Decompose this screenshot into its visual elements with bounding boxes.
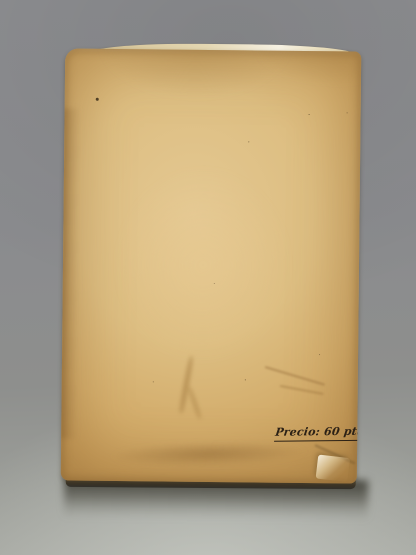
- corner-crease: [316, 455, 351, 483]
- price-label: Precio: 60 ptas.: [275, 426, 362, 438]
- stain-drip: [187, 386, 202, 419]
- stain-scratch: [280, 385, 324, 395]
- price-label-text: Precio: 60 ptas.: [274, 425, 361, 442]
- stain-top-right: [251, 48, 361, 85]
- stain-top-edge: [100, 48, 291, 97]
- photo-background: Precio: 60 ptas.: [0, 0, 416, 555]
- stain-scratch: [265, 366, 325, 386]
- stain-drip: [178, 356, 194, 414]
- book-back-cover: Precio: 60 ptas.: [61, 48, 362, 483]
- book: Precio: 60 ptas.: [61, 48, 362, 483]
- stain-left-edge: [61, 108, 85, 438]
- stain-center-highlight: [117, 169, 289, 361]
- stain-smudge: [109, 440, 310, 469]
- foxing-specks: [65, 48, 68, 51]
